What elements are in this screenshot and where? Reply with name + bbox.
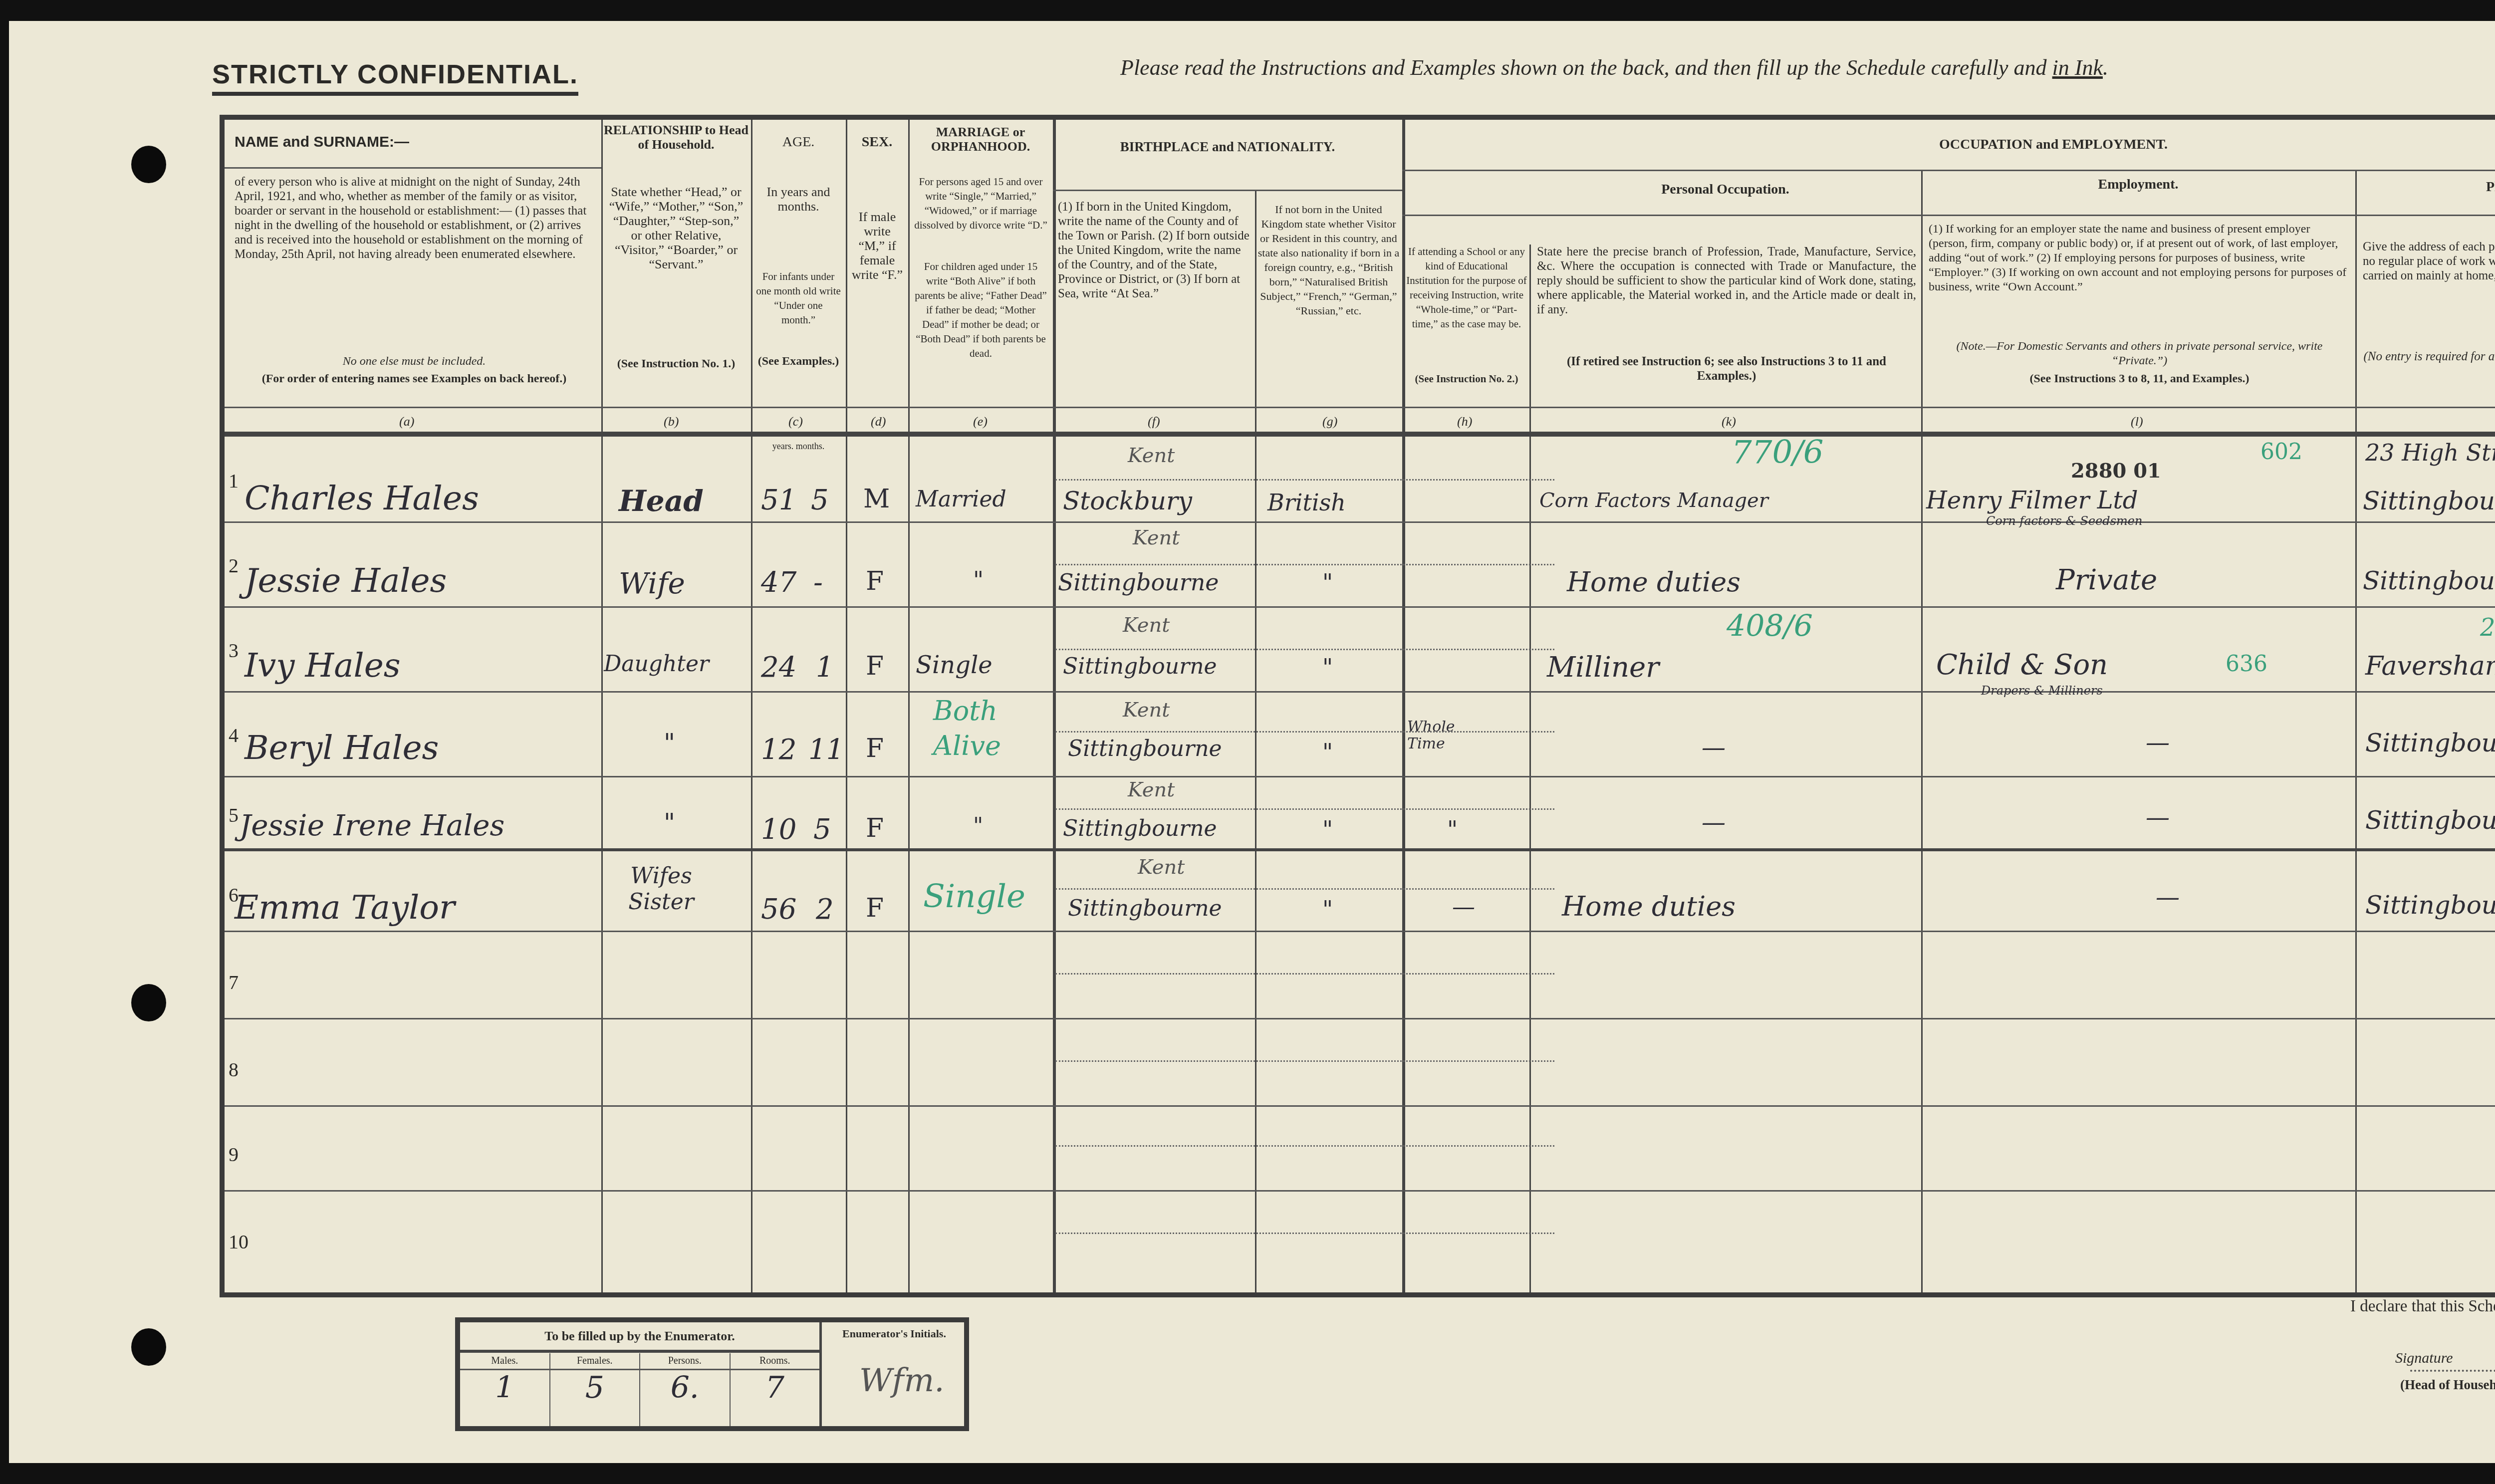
occupation-code: 408/6 (1727, 609, 1813, 644)
col-c-letter: (c) (788, 414, 803, 429)
school-attendance[interactable]: Whole Time (1407, 719, 1457, 752)
row-number: 5 (229, 803, 239, 827)
employer[interactable]: Henry Filmer Ltd (1926, 487, 2138, 514)
employer-note[interactable]: Corn factors & Seedsmen (1986, 514, 2142, 528)
person-name[interactable]: Emma Taylor (235, 888, 455, 927)
strictly-confidential-heading: STRICTLY CONFIDENTIAL. (212, 59, 578, 96)
signature-caption: (Head of Household, Manager of Establish… (2400, 1377, 2495, 1393)
nationality[interactable]: " (1322, 896, 1333, 923)
col-divider (751, 120, 752, 1292)
dotted-rule (1055, 731, 1554, 733)
row-number: 4 (229, 724, 239, 747)
marriage[interactable]: Single (923, 878, 1025, 915)
person-name[interactable]: Beryl Hales (245, 729, 439, 767)
col-l-note2: (See Instructions 3 to 8, 11, and Exampl… (1929, 372, 2350, 386)
males-cell: Males. 1 (460, 1353, 550, 1426)
header-rule (225, 407, 2495, 408)
row-rule (225, 606, 2495, 608)
row-number: 3 (229, 639, 239, 662)
person-name[interactable]: Ivy Hales (245, 646, 401, 685)
age-months[interactable]: 11 (808, 734, 844, 766)
header-rule (225, 167, 601, 169)
enumerator-initials-label: Enumerator's Initials. (824, 1327, 964, 1340)
occupation[interactable]: Milliner (1547, 651, 1659, 684)
sex[interactable]: F (866, 813, 884, 843)
age-years[interactable]: 56 (761, 893, 796, 926)
workplace-town[interactable]: Faversham (2365, 651, 2495, 681)
males-count[interactable]: 1 (460, 1370, 549, 1405)
col-k-desc: State here the precise branch of Profess… (1537, 245, 1916, 317)
sex[interactable]: F (866, 893, 884, 923)
enumerator-divider (819, 1322, 822, 1426)
occupation[interactable]: — (1702, 808, 1726, 836)
birth-county[interactable]: Kent (1138, 856, 1185, 879)
col-l-note: (Note.—For Domestic Servants and others … (1929, 339, 2350, 368)
col-divider (1255, 190, 1256, 1292)
relationship[interactable]: Wifes Sister (611, 863, 711, 915)
row-rule (225, 1190, 2495, 1192)
col-divider (601, 120, 603, 1292)
enumerator-box-header: To be filled up by the Enumerator. (460, 1322, 819, 1353)
row-number: 2 (229, 554, 239, 577)
col-divider (1529, 245, 1531, 1292)
signature-label: Signature (2395, 1350, 2453, 1367)
col-a-title: NAME and SURNAME:— (235, 135, 594, 149)
females-label: Females. (550, 1353, 640, 1370)
header-rule (1402, 170, 2495, 171)
males-label: Males. (460, 1353, 549, 1370)
signature-line (2410, 1370, 2495, 1372)
nationality[interactable]: " (1322, 569, 1333, 596)
birth-county[interactable]: Kent (1123, 699, 1170, 722)
enumerator-initials[interactable]: Wfm. (859, 1362, 945, 1399)
workplace-address[interactable]: 23 High Street (2365, 439, 2495, 466)
col-g-desc: If not born in the United Kingdom state … (1257, 202, 1400, 318)
header-rule-thick (225, 432, 2495, 437)
col-k-letter: (k) (1722, 414, 1736, 429)
col-e-desc2: For children aged under 15 write “Both A… (912, 259, 1049, 361)
age-months[interactable]: 2 (816, 893, 834, 926)
nationality[interactable]: " (1322, 816, 1333, 843)
dotted-rule (1055, 1060, 1554, 1062)
enumerator-counts: Males. 1 Females. 5 Persons. 6. Rooms. 7 (460, 1353, 819, 1426)
col-c-title: AGE. (753, 135, 843, 149)
age-subheader: years. months. (753, 439, 843, 454)
col-b-note: (See Instruction No. 1.) (606, 357, 746, 371)
in-ink-underlined: in Ink (2052, 55, 2103, 80)
col-l-title: Employment. (1924, 177, 2353, 192)
occupation[interactable]: Home duties (1562, 891, 1736, 922)
birth-town[interactable]: Sittingbourne (1068, 736, 1222, 761)
persons-count[interactable]: 6. (640, 1370, 730, 1405)
relationship[interactable]: " (664, 729, 675, 757)
workplace-town[interactable]: Sittingbourne (2365, 729, 2495, 757)
col-f-letter: (f) (1148, 414, 1160, 429)
age-months[interactable]: 5 (813, 813, 831, 846)
occupation-group-title: OCCUPATION and EMPLOYMENT. (1407, 137, 2495, 152)
col-divider (2355, 170, 2357, 1292)
col-a-letter: (a) (399, 414, 414, 429)
col-e-title: MARRIAGE or ORPHANHOOD. (911, 125, 1050, 154)
sex[interactable]: F (866, 651, 884, 681)
employer-mark: 602 (2260, 439, 2302, 465)
dotted-rule (1055, 888, 1554, 890)
birth-county[interactable]: Kent (1133, 526, 1180, 549)
person-name[interactable]: Jessie Hales (245, 561, 447, 600)
header-rule (1053, 190, 1402, 191)
age-years[interactable]: 47 (761, 566, 796, 599)
birth-county[interactable]: Kent (1128, 778, 1175, 801)
birth-town[interactable]: Sittingbourne (1063, 654, 1217, 679)
dotted-rule (1055, 564, 1554, 565)
dotted-rule (1055, 973, 1554, 975)
row-rule (225, 1018, 2495, 1019)
workplace-town[interactable]: Sittingbourne (2363, 487, 2495, 515)
row-rule (225, 521, 2495, 523)
col-a-note2: (For order of entering names see Example… (235, 372, 594, 386)
col-c-note: (See Examples.) (756, 354, 841, 369)
col-g-letter: (g) (1322, 414, 1337, 429)
col-divider (846, 120, 847, 1292)
instructions-text: Please read the Instructions and Example… (1120, 55, 2047, 80)
age-years[interactable]: 51 (761, 484, 796, 516)
dotted-rule (1055, 649, 1554, 650)
col-b-desc: State whether “Head,” or “Wife,” “Mother… (606, 185, 746, 349)
col-l-desc: (1) If working for an employer state the… (1929, 222, 2350, 294)
birth-county[interactable]: Kent (1123, 614, 1170, 637)
employer[interactable]: Child & Son (1936, 649, 2108, 681)
age-months[interactable]: - (813, 566, 823, 599)
col-b-title: RELATIONSHIP to Head of Household. (604, 123, 748, 152)
females-cell: Females. 5 (550, 1353, 641, 1426)
females-count[interactable]: 5 (550, 1370, 640, 1405)
census-table: NAME and SURNAME:— of every person who i… (220, 115, 2495, 1297)
dotted-rule (1055, 1233, 1554, 1234)
employer[interactable]: — (2146, 729, 2170, 756)
col-divider (1921, 170, 1923, 1292)
col-m-desc: Give the address of each person’s place … (2363, 240, 2495, 283)
row-rule (225, 1105, 2495, 1107)
employer-note[interactable]: Drapers & Milliners (1981, 684, 2103, 698)
employer-mark: 636 (2226, 651, 2267, 677)
relationship[interactable]: Head (619, 484, 704, 518)
school-attendance[interactable]: " (1447, 816, 1458, 843)
row-rule (225, 776, 2495, 777)
birth-town[interactable]: Stockbury (1063, 487, 1192, 515)
punch-hole (131, 984, 166, 1021)
enumerator-totals-box: To be filled up by the Enumerator. Enume… (455, 1317, 969, 1431)
marriage[interactable]: Both Alive (933, 694, 1033, 763)
fill-instructions: Please read the Instructions and Example… (1120, 55, 2108, 80)
occupation[interactable]: Corn Factors Manager (1539, 489, 1768, 512)
employer[interactable]: — (2146, 803, 2170, 831)
header-rule (1402, 215, 2495, 216)
col-divider (1402, 120, 1405, 1292)
sex[interactable]: F (866, 734, 884, 763)
col-d-letter: (d) (871, 414, 886, 429)
row-number: 10 (229, 1230, 249, 1253)
punch-hole (131, 1328, 166, 1366)
relationship[interactable]: Daughter (604, 651, 709, 677)
workplace-town[interactable]: Sittingbourne (2363, 566, 2495, 595)
col-h-desc: If attending a School or any kind of Edu… (1406, 245, 1527, 331)
col-m-title: Place of Work. (2358, 180, 2495, 194)
age-years[interactable]: 10 (761, 813, 796, 846)
declaration-text: I declare that this Schedule is correctl… (2350, 1297, 2495, 1316)
sex[interactable]: M (863, 484, 890, 514)
marriage[interactable]: " (973, 566, 984, 593)
col-h-note: (See Instruction No. 2.) (1406, 372, 1527, 386)
nationality[interactable]: " (1322, 739, 1333, 765)
birth-town[interactable]: Sittingbourne (1063, 816, 1217, 841)
sex[interactable]: F (866, 566, 884, 596)
col-c-desc: In years and months. (756, 185, 841, 214)
occupation[interactable]: — (1702, 734, 1726, 761)
punch-hole (131, 146, 166, 183)
row-rule (225, 931, 2495, 932)
employer[interactable]: Private (2056, 564, 2157, 596)
workplace-town[interactable]: Sittingbourne (2365, 891, 2495, 920)
col-b-letter: (b) (664, 414, 679, 429)
birth-town[interactable]: Sittingbourne (1068, 896, 1222, 921)
dotted-rule (1055, 808, 1554, 810)
rooms-label: Rooms. (731, 1353, 820, 1370)
col-divider (1053, 120, 1056, 1292)
rooms-count[interactable]: 7 (731, 1370, 820, 1405)
col-k-title: Personal Occupation. (1532, 182, 1919, 197)
relationship[interactable]: Wife (619, 566, 685, 600)
persons-label: Persons. (640, 1353, 730, 1370)
row-number: 1 (229, 469, 239, 493)
persons-cell: Persons. 6. (640, 1353, 731, 1426)
col-h-letter: (h) (1457, 414, 1472, 429)
col-a-note: No one else must be included. (235, 354, 594, 369)
row-rule (225, 691, 2495, 693)
marriage[interactable]: Married (916, 487, 1006, 512)
employer-code-stamp: 2880 01 (2071, 459, 2161, 483)
col-f-desc: (1) If born in the United Kingdom, write… (1058, 200, 1252, 301)
birth-town[interactable]: Sittingbourne (1058, 569, 1219, 596)
birthplace-group-title: BIRTHPLACE and NATIONALITY. (1055, 140, 1400, 154)
age-months[interactable]: 5 (811, 484, 829, 516)
row-number: 9 (229, 1143, 239, 1166)
occupation-code: 770/6 (1732, 434, 1823, 471)
age-months[interactable]: 1 (816, 651, 834, 684)
col-divider (908, 120, 910, 1292)
col-l-letter: (l) (2131, 414, 2143, 429)
marriage[interactable]: Single (916, 651, 993, 679)
col-d-desc: If male write “M,” if female write “F.” (849, 210, 905, 282)
col-e-letter: (e) (973, 414, 988, 429)
col-m-note: (No entry is required for any person who… (2363, 349, 2495, 364)
workplace-code: 2910-01 (2480, 614, 2495, 642)
birth-county[interactable]: Kent (1128, 444, 1175, 467)
person-name[interactable]: Charles Hales (245, 479, 479, 517)
col-a-desc: of every person who is alive at midnight… (235, 175, 594, 349)
col-c-desc2: For infants under one month old write “U… (756, 269, 841, 327)
relationship[interactable]: " (664, 808, 675, 837)
col-k-note: (If retired see Instruction 6; see also … (1537, 354, 1916, 383)
occupation[interactable]: Home duties (1567, 566, 1741, 598)
row-number: 7 (229, 971, 239, 994)
person-name[interactable]: Jessie Irene Hales (240, 808, 504, 842)
dotted-rule (1055, 479, 1554, 481)
employer[interactable]: — (2156, 883, 2180, 911)
nationality[interactable]: " (1322, 654, 1333, 681)
row-number: 8 (229, 1058, 239, 1081)
rooms-cell: Rooms. 7 (731, 1353, 820, 1426)
marriage[interactable]: " (973, 813, 983, 839)
row-rule (225, 848, 2495, 851)
age-years[interactable]: 24 (761, 651, 796, 684)
col-d-title: SEX. (848, 135, 906, 149)
instructions-period: . (2103, 55, 2108, 80)
workplace-town[interactable]: Sittingbourne (2365, 806, 2495, 835)
nationality[interactable]: British (1267, 489, 1346, 516)
dotted-rule (1055, 1145, 1554, 1147)
age-years[interactable]: 12 (761, 734, 796, 766)
col-e-desc: For persons aged 15 and over write “Sing… (912, 175, 1049, 233)
school-attendance[interactable]: — (1452, 893, 1475, 920)
